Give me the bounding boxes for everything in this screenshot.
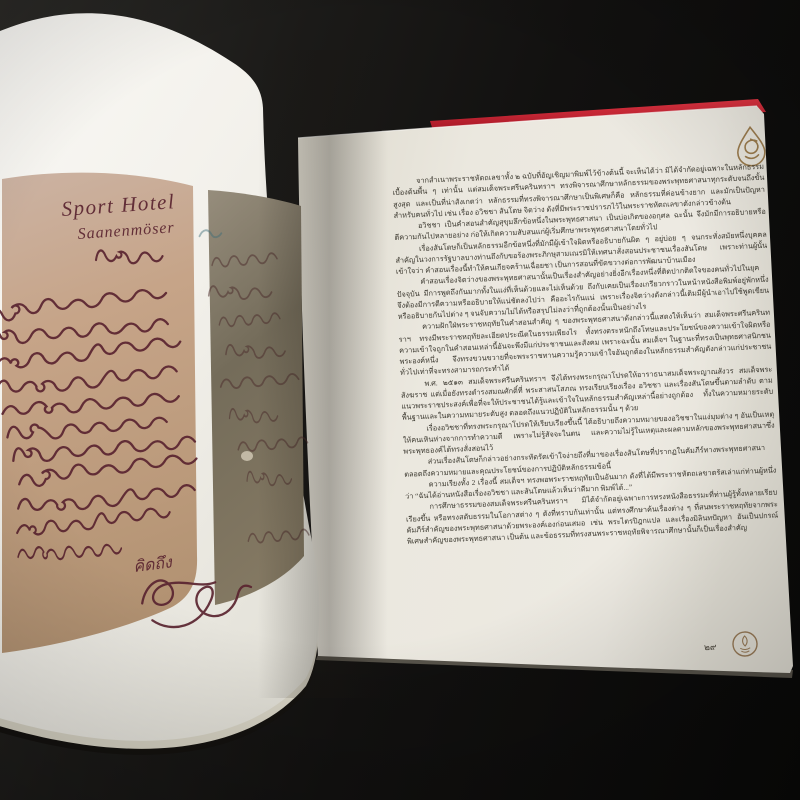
page-number: ๒๙ <box>704 640 717 655</box>
letter-photo-left <box>2 173 197 653</box>
paper-flaw-spot <box>241 451 253 461</box>
gutter-shadow <box>258 50 388 698</box>
royal-seal-emblem-icon <box>730 628 760 660</box>
right-page-text-column: จากสำเนาพระราชหัตถเลขาทั้ง ๒ ฉบับที่อัญเ… <box>392 161 779 547</box>
photo-of-open-book: Sport Hotel Saanenmöser คิดถึง <box>0 0 800 800</box>
